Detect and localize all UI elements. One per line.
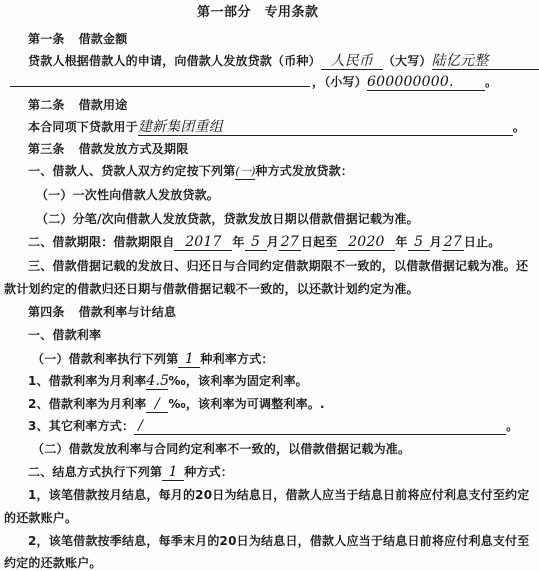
end-day-field[interactable]: 27	[442, 235, 464, 251]
loan-term-line: 二、借款期限：借款期限自2017年5月27日起至2020年5月27日止。	[28, 234, 500, 251]
fixed-rate-line: 1、借款利率为月利率4.5‰，该利率为固定利率。	[28, 373, 308, 390]
other-rate-line: 3、其它利率方式：/。	[28, 418, 518, 435]
amount-lower-field[interactable]: 600000000.	[367, 75, 485, 91]
loan-purpose-text: 本合同项下贷款用于	[28, 120, 138, 134]
article-number: 第二条	[28, 98, 65, 112]
monthly-interest-line-2: 的还款账户。	[4, 510, 77, 526]
lower-case-label: （小写）	[324, 75, 367, 89]
receipt-precedence-line-2: 款计划约定的借款归还日期与借款借据记载不一致的，以还款计划约定为准。	[4, 281, 419, 297]
comma: ，	[312, 75, 324, 89]
year-label: 年	[232, 235, 244, 249]
currency-field[interactable]: 人民币	[321, 54, 383, 70]
other-rate-text: 3、其它利率方式：	[28, 419, 134, 433]
adjustable-rate-text: 2、借款利率为月利率	[28, 397, 146, 411]
interest-settlement-method-line: 二、结息方式执行下列第1种方式：	[28, 464, 233, 481]
fixed-rate-text: 1、借款利率为月利率	[28, 374, 146, 388]
start-month-field[interactable]: 5	[245, 235, 267, 251]
disbursement-option-2: （二）分笔/次向借款人发放贷款，贷款发放日期以借款借据记载为准。	[36, 211, 419, 227]
year-label: 年	[395, 235, 407, 249]
quarterly-interest-line-1: 2，该笔借款按季结息，每季末月的20日为结息日，借款人应当于结息日前将应付利息支…	[28, 533, 529, 549]
rate-inconsistency-clause: （二）借款发放利率与合同约定利率不一致的，以借款借据记载为准。	[32, 441, 410, 457]
disbursement-method-line: 一、借款人、贷款人双方约定按下列第(一)种方式发放贷款：	[28, 163, 353, 180]
settlement-choice-field[interactable]: 1	[162, 465, 184, 481]
disbursement-text-after: 种方式发放贷款：	[255, 164, 353, 178]
interest-rate-method-text: （一）借款利率执行下列第	[32, 352, 178, 366]
period: 。	[506, 419, 518, 433]
period: 。	[513, 120, 525, 134]
page-title: 第一部分 专用条款	[197, 5, 319, 21]
loan-amount-line: 贷款人根据借款人的申请，向借款人发放贷款（币种）人民币（大写）陆亿元整	[28, 53, 539, 70]
loan-purpose-field[interactable]: 建新集团重组	[138, 120, 513, 136]
disbursement-text: 一、借款人、贷款人双方约定按下列第	[28, 164, 235, 178]
loan-purpose-line: 本合同项下贷款用于建新集团重组。	[28, 119, 525, 136]
article-title: 借款用途	[79, 98, 128, 112]
start-day-field[interactable]: 27	[279, 235, 301, 251]
article-3-heading: 第三条借款发放方式及期限	[28, 141, 188, 157]
upper-case-label: （大写）	[383, 54, 432, 68]
interest-settlement-after: 种方式：	[184, 465, 233, 479]
period: 。	[485, 75, 497, 89]
month-label: 月	[267, 235, 279, 249]
loan-amount-lower-line: ，（小写）600000000.。	[312, 74, 497, 91]
article-number: 第一条	[28, 32, 65, 46]
disbursement-choice-field[interactable]: (一)	[235, 164, 255, 180]
amount-blank-line	[10, 86, 310, 87]
fixed-rate-field[interactable]: 4.5	[146, 374, 168, 390]
interest-rate-method-line: （一）借款利率执行下列第1种利率方式：	[32, 351, 274, 368]
article-1-heading: 第一条借款金额	[28, 31, 127, 47]
article-number: 第三条	[28, 142, 65, 156]
other-rate-field[interactable]: /	[134, 419, 506, 435]
loan-amount-text: 贷款人根据借款人的申请，向借款人发放贷款（币种）	[28, 54, 321, 68]
start-year-field[interactable]: 2017	[174, 235, 232, 251]
contract-page: 第一部分 专用条款 第一条借款金额 贷款人根据借款人的申请，向借款人发放贷款（币…	[0, 0, 539, 571]
article-title: 借款金额	[79, 32, 128, 46]
day-from-label: 日起至	[301, 235, 338, 249]
end-month-field[interactable]: 5	[408, 235, 430, 251]
adjustable-rate-after: ‰，该利率为可调整利率。.	[168, 397, 324, 411]
monthly-interest-line-1: 1，该笔借款按月结息，每月的20日为结息日，借款人应当于结息日前将应付利息支付至…	[28, 487, 529, 503]
day-end-label: 日止。	[464, 235, 501, 249]
end-year-field[interactable]: 2020	[337, 235, 395, 251]
amount-upper-field[interactable]: 陆亿元整	[432, 54, 539, 70]
article-2-heading: 第二条借款用途	[28, 97, 127, 113]
interest-rate-section: 一、借款利率	[28, 327, 101, 343]
adjustable-rate-line: 2、借款利率为月利率/‰，该利率为可调整利率。.	[28, 396, 325, 413]
article-title: 借款发放方式及期限	[79, 142, 189, 156]
article-number: 第四条	[28, 305, 65, 319]
month-label: 月	[430, 235, 442, 249]
fixed-rate-after: ‰，该利率为固定利率。	[168, 374, 307, 388]
quarterly-interest-line-2: 约定的还款账户。	[4, 555, 102, 571]
receipt-precedence-line-1: 三、借款借据记载的发放日、归还日与合同约定借款期限不一致的，以借款借据记载为准。…	[28, 258, 528, 274]
adjustable-rate-field[interactable]: /	[146, 397, 168, 413]
article-4-heading: 第四条借款利率与计结息	[28, 304, 176, 320]
interest-rate-method-after: 种利率方式：	[200, 352, 273, 366]
interest-settlement-text: 二、结息方式执行下列第	[28, 465, 162, 479]
article-title: 借款利率与计结息	[79, 305, 177, 319]
disbursement-option-1: （一）一次性向借款人发放贷款。	[36, 187, 219, 203]
loan-term-label: 二、借款期限：借款期限自	[28, 235, 174, 249]
rate-method-choice-field[interactable]: 1	[178, 352, 200, 368]
